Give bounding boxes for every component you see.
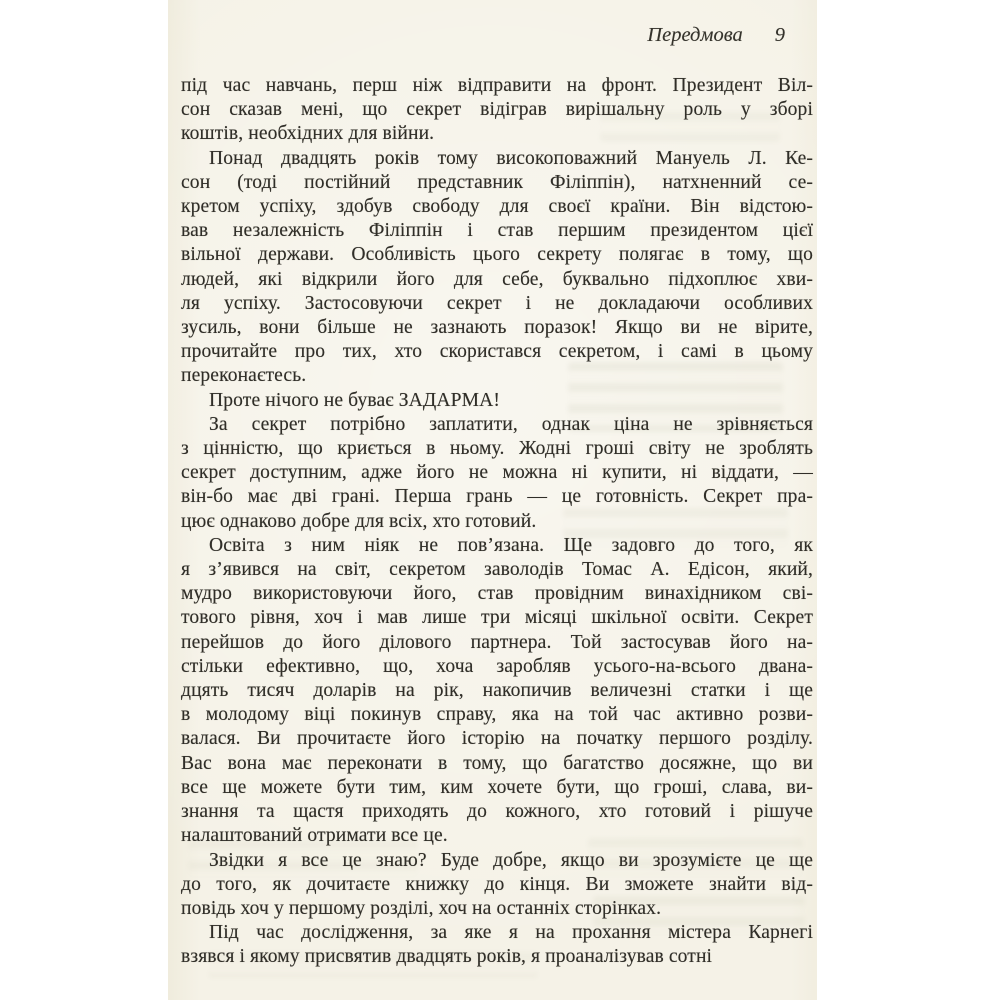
text-line: під час навчань, перш ніж відправити на … — [181, 74, 813, 98]
text-line: ля успіху. Застосовуючи секрет і не докл… — [181, 292, 813, 316]
section-title: Передмова — [647, 24, 742, 47]
text-line: людей, які відкрили його для себе, буква… — [181, 268, 813, 292]
text-line: мудро використовуючи його, став провідни… — [181, 582, 813, 606]
text-line: валася. Ви прочитаєте його історію на по… — [181, 727, 813, 751]
text-line: прочитайте про тих, хто скористався секр… — [181, 340, 813, 364]
text-line: Вас вона має переконати в тому, що багат… — [181, 752, 813, 776]
text-line: За секрет потрібно заплатити, однак ціна… — [181, 413, 813, 437]
running-head: Передмова 9 — [181, 24, 813, 47]
text-line: я з’явився на світ, секретом заволодів Т… — [181, 558, 813, 582]
text-line: вав незалежність Філіппін і став першим … — [181, 219, 813, 243]
text-line: взявся і якому присвятив двадцять років,… — [181, 945, 813, 969]
text-line: цює однаково добре для всіх, хто готовий… — [181, 510, 813, 534]
book-page-scan: Передмова 9 під час навчань, перш ніж ві… — [0, 0, 1000, 1000]
text-line: коштів, необхідних для війни. — [181, 122, 813, 146]
text-line: перейшов до його ділового партнера. Той … — [181, 631, 813, 655]
page-paper: Передмова 9 під час навчань, перш ніж ві… — [168, 0, 817, 1000]
text-line: зусиль, вони більше не зазнають поразок!… — [181, 316, 813, 340]
text-line: тового рівня, хоч і мав лише три місяці … — [181, 606, 813, 630]
text-line: переконаєтесь. — [181, 364, 813, 388]
text-line: сон сказав мені, що секрет відіграв вирі… — [181, 98, 813, 122]
text-line: Проте нічого не буває ЗАДАРМА! — [181, 389, 813, 413]
text-line: з цінністю, що криється в ньому. Жодні г… — [181, 437, 813, 461]
text-line: дцять тисяч доларів на рік, накопичив ве… — [181, 679, 813, 703]
text-line: секрет доступним, адже його не можна ні … — [181, 461, 813, 485]
text-line: Звідки я все це знаю? Буде добре, якщо в… — [181, 849, 813, 873]
text-line: стільки ефективно, що, хоча заробляв усь… — [181, 655, 813, 679]
text-line: Під час дослідження, за яке я на проханн… — [181, 921, 813, 945]
text-line: сон (тоді постійний представник Філіппін… — [181, 171, 813, 195]
text-line: він-бо має дві грані. Перша грань — це г… — [181, 485, 813, 509]
text-line: в молодому віці покинув справу, яка на т… — [181, 703, 813, 727]
text-line: вільної держави. Особливість цього секре… — [181, 243, 813, 267]
text-line: кретом успіху, здобув свободу для своєї … — [181, 195, 813, 219]
text-line: Понад двадцять років тому високоповажний… — [181, 147, 813, 171]
text-line: повідь хоч у першому розділі, хоч на ост… — [181, 897, 813, 921]
page-number: 9 — [775, 24, 785, 47]
text-line: Освіта з ним ніяк не пов’язана. Ще задов… — [181, 534, 813, 558]
text-line: налаштований отримати все це. — [181, 824, 813, 848]
text-line: до того, як дочитаєте книжку до кінця. В… — [181, 873, 813, 897]
body-text: під час навчань, перш ніж відправити на … — [181, 74, 813, 970]
text-line: знання та щастя приходять до кожного, хт… — [181, 800, 813, 824]
text-line: все ще можете бути тим, ким хочете бути,… — [181, 776, 813, 800]
